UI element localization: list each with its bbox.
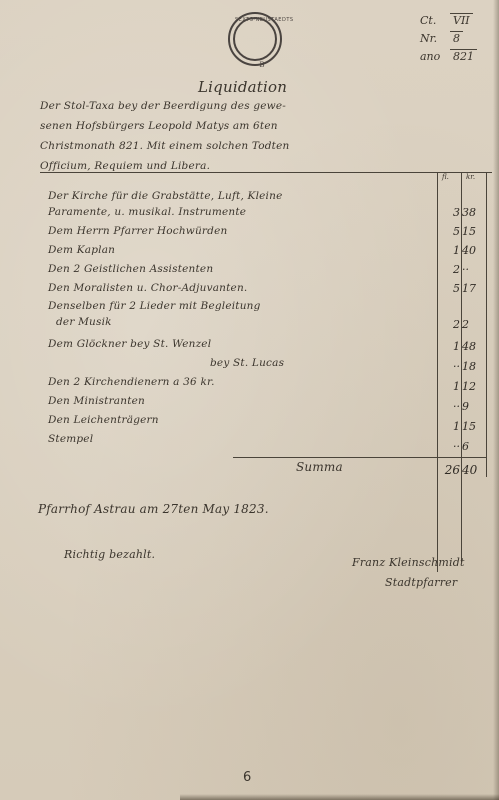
item-description: Dem Kaplan (48, 244, 115, 256)
paid-note: Richtig bezahlt. (64, 548, 155, 561)
column-divider-fl (437, 172, 438, 572)
intro-line: Officium, Requiem und Libera. (40, 160, 210, 172)
item-description: Denselben für 2 Lieder mit Begleitung (48, 300, 261, 312)
reference-label: Ct. (420, 12, 450, 30)
item-amount-kr: 9 (462, 400, 484, 413)
intro-line: senen Hofsbürgers Leopold Matys am 6ten (40, 120, 278, 132)
reference-value: 821 (450, 49, 477, 64)
reference-line: ano821 (420, 48, 490, 66)
item-amount-kr: 40 (462, 244, 484, 257)
total-rule (233, 457, 486, 458)
item-amount-kr: 18 (462, 360, 484, 373)
item-amount-fl: ·· (440, 400, 460, 413)
item-amount-fl: 5 (440, 225, 460, 238)
item-amount-kr: 15 (462, 420, 484, 433)
signature-name: Franz Kleinschmidt (352, 556, 465, 569)
seal-mark: B (235, 61, 289, 69)
column-header-fl: fl. (442, 173, 449, 181)
item-amount-kr: ·· (462, 263, 484, 276)
reference-label: Nr. (420, 30, 450, 48)
item-amount-fl: 1 (440, 244, 460, 257)
item-amount-kr: 2 (462, 318, 484, 331)
item-description: Paramente, u. musikal. Instrumente (48, 206, 246, 218)
column-divider-right (486, 172, 487, 477)
item-description: Stempel (48, 433, 93, 445)
item-amount-kr: 12 (462, 380, 484, 393)
item-amount-kr: 17 (462, 282, 484, 295)
reference-value: VII (450, 13, 473, 28)
folio-number: 6 (243, 770, 251, 785)
reference-line: Nr.8 (420, 30, 490, 48)
item-amount-fl: 1 (440, 340, 460, 353)
reference-line: Ct.VII (420, 12, 490, 30)
archive-reference: Ct.VII Nr.8 ano821 (420, 12, 490, 66)
date-place-line: Pfarrhof Astrau am 27ten May 1823. (38, 502, 269, 516)
intro-line: Der Stol-Taxa bey der Beerdigung des gew… (40, 100, 286, 112)
total-amount-fl: 26 (440, 463, 460, 477)
item-amount-fl: 3 (440, 206, 460, 219)
item-amount-fl: 1 (440, 420, 460, 433)
item-amount-fl: 2 (440, 263, 460, 276)
total-amount-kr: 40 (462, 463, 484, 477)
item-amount-fl: ·· (440, 440, 460, 453)
ink-seal-stamp: SEXTS·NEUSTAEDTS B (228, 12, 282, 66)
column-header-kr: kr. (466, 173, 475, 181)
item-description: Den Leichenträgern (48, 414, 159, 426)
item-description: Den 2 Geistlichen Assistenten (48, 263, 213, 275)
item-amount-kr: 48 (462, 340, 484, 353)
item-description: Der Kirche für die Grabstätte, Luft, Kle… (48, 190, 283, 202)
item-amount-kr: 6 (462, 440, 484, 453)
item-description: Dem Herrn Pfarrer Hochwürden (48, 225, 227, 237)
item-amount-kr: 38 (462, 206, 484, 219)
item-amount-fl: 2 (440, 318, 460, 331)
item-description: Den Moralisten u. Chor-Adjuvanten. (48, 282, 247, 294)
item-description: der Musik (56, 316, 112, 328)
document-page: SEXTS·NEUSTAEDTS B Ct.VII Nr.8 ano821 Li… (0, 0, 499, 800)
signature-title: Stadtpfarrer (385, 576, 457, 589)
reference-value: 8 (450, 31, 463, 46)
document-title: Liquidation (198, 78, 287, 96)
item-description: Den 2 Kirchendienern a 36 kr. (48, 376, 215, 388)
header-rule (40, 172, 492, 173)
paper-edge-shadow (180, 794, 499, 800)
paper-edge-shadow (493, 0, 499, 800)
intro-line: Christmonath 821. Mit einem solchen Todt… (40, 140, 289, 152)
reference-label: ano (420, 48, 450, 66)
total-label: Summa (296, 460, 343, 474)
item-amount-fl: 1 (440, 380, 460, 393)
item-description: bey St. Lucas (210, 357, 284, 369)
item-amount-fl: ·· (440, 360, 460, 373)
item-amount-kr: 15 (462, 225, 484, 238)
item-description: Den Ministranten (48, 395, 145, 407)
item-amount-fl: 5 (440, 282, 460, 295)
seal-text: SEXTS·NEUSTAEDTS (235, 17, 289, 23)
item-description: Dem Glöckner bey St. Wenzel (48, 338, 211, 350)
